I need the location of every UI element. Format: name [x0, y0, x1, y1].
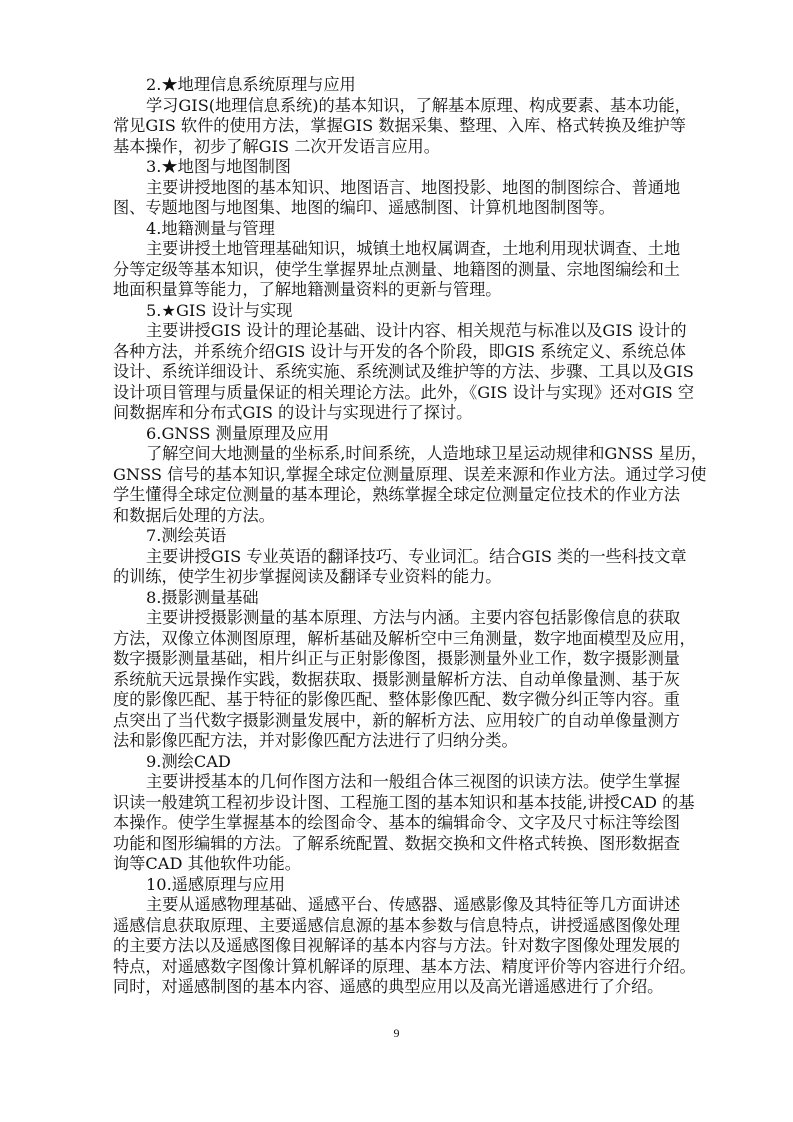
section-gis-principles: 2.★地理信息系统原理与应用 学习GIS(地理信息系统)的基本知识，了解基本原理… [113, 75, 680, 157]
paragraph-line: 学习GIS(地理信息系统)的基本知识，了解基本原理、构成要素、基本功能， [113, 96, 680, 117]
paragraph-line: 遥感信息获取原理、主要遥感信息源的基本参数与信息特点，讲授遥感图像处理 [113, 916, 680, 937]
paragraph-line: 和数据后处理的方法。 [113, 506, 680, 527]
section-heading: 4.地籍测量与管理 [113, 219, 680, 240]
paragraph-line: 了解空间大地测量的坐标系,时间系统，人造地球卫星运动规律和GNSS 星历， [113, 444, 680, 465]
paragraph-line: 主要讲授GIS 设计的理论基础、设计内容、相关规范与标准以及GIS 设计的 [113, 321, 680, 342]
section-heading: 3.★地图与地图制图 [113, 157, 680, 178]
section-heading: 2.★地理信息系统原理与应用 [113, 75, 680, 96]
paragraph-line: 图、专题地图与地图集、地图的编印、遥感制图、计算机地图制图等。 [113, 198, 680, 219]
paragraph-line: 间数据库和分布式GIS 的设计与实现进行了探讨。 [113, 403, 680, 424]
section-cartography: 3.★地图与地图制图 主要讲授地图的基本知识、地图语言、地图投影、地图的制图综合… [113, 157, 680, 219]
paragraph-line: 主要讲授摄影测量的基本原理、方法与内涵。主要内容包括影像信息的获取 [113, 608, 680, 629]
page-number: 9 [0, 1026, 793, 1041]
paragraph-line: 本操作。使学生掌握基本的绘图命令、基本的编辑命令、文字及尺寸标注等绘图 [113, 813, 680, 834]
paragraph-line: 基本操作，初步了解GIS 二次开发语言应用。 [113, 137, 680, 158]
paragraph-line: 的主要方法以及遥感图像目视解译的基本内容与方法。针对数字图像处理发展的 [113, 936, 680, 957]
section-photogrammetry: 8.摄影测量基础 主要讲授摄影测量的基本原理、方法与内涵。主要内容包括影像信息的… [113, 588, 680, 752]
paragraph-line: 学生懂得全球定位测量的基本理论，熟练掌握全球定位测量定位技术的作业方法 [113, 485, 680, 506]
paragraph-line: 主要讲授基本的几何作图方法和一般组合体三视图的识读方法。使学生掌握 [113, 772, 680, 793]
paragraph-line: 地面积量算等能力，了解地籍测量资料的更新与管理。 [113, 280, 680, 301]
section-gis-design: 5.★GIS 设计与实现 主要讲授GIS 设计的理论基础、设计内容、相关规范与标… [113, 301, 680, 424]
paragraph-line: 主要从遥感物理基础、遥感平台、传感器、遥感影像及其特征等几方面讲述 [113, 895, 680, 916]
section-heading: 8.摄影测量基础 [113, 588, 680, 609]
paragraph-line: 询等CAD 其他软件功能。 [113, 854, 680, 875]
section-heading: 5.★GIS 设计与实现 [113, 301, 680, 322]
paragraph-line: 的训练，使学生初步掌握阅读及翻译专业资料的能力。 [113, 567, 680, 588]
section-heading: 9.测绘CAD [113, 752, 680, 773]
paragraph-line: 各种方法，并系统介绍GIS 设计与开发的各个阶段，即GIS 系统定义、系统总体 [113, 342, 680, 363]
paragraph-line: 识读一般建筑工程初步设计图、工程施工图的基本知识和基本技能,讲授CAD 的基 [113, 793, 680, 814]
paragraph-line: 设计、系统详细设计、系统实施、系统测试及维护等的方法、步骤、工具以及GIS [113, 362, 680, 383]
section-surveying-english: 7.测绘英语 主要讲授GIS 专业英语的翻译技巧、专业词汇。结合GIS 类的一些… [113, 526, 680, 588]
section-heading: 7.测绘英语 [113, 526, 680, 547]
paragraph-line: 常见GIS 软件的使用方法，掌握GIS 数据采集、整理、入库、格式转换及维护等 [113, 116, 680, 137]
paragraph-line: 特点，对遥感数字图像计算机解译的原理、基本方法、精度评价等内容进行介绍。 [113, 957, 680, 978]
paragraph-line: 主要讲授GIS 专业英语的翻译技巧、专业词汇。结合GIS 类的一些科技文章 [113, 547, 680, 568]
paragraph-line: 方法，双像立体测图原理，解析基础及解析空中三角测量，数字地面模型及应用， [113, 629, 680, 650]
paragraph-line: 度的影像匹配、基于特征的影像匹配、整体影像匹配、数字微分纠正等内容。重 [113, 690, 680, 711]
paragraph-line: 同时，对遥感制图的基本内容、遥感的典型应用以及高光谱遥感进行了介绍。 [113, 977, 680, 998]
paragraph-line: 系统航天远景操作实践，数据获取、摄影测量解析方法、自动单像量测、基于灰 [113, 670, 680, 691]
paragraph-line: 法和影像匹配方法，并对影像匹配方法进行了归纳分类。 [113, 731, 680, 752]
paragraph-line: 数字摄影测量基础，相片纠正与正射影像图，摄影测量外业工作，数字摄影测量 [113, 649, 680, 670]
paragraph-line: 点突出了当代数字摄影测量发展中，新的解析方法、应用较广的自动单像量测方 [113, 711, 680, 732]
paragraph-line: 设计项目管理与质量保证的相关理论方法。此外，《GIS 设计与实现》还对GIS 空 [113, 383, 680, 404]
paragraph-line: 主要讲授地图的基本知识、地图语言、地图投影、地图的制图综合、普通地 [113, 178, 680, 199]
section-heading: 10.遥感原理与应用 [113, 875, 680, 896]
section-heading: 6.GNSS 测量原理及应用 [113, 424, 680, 445]
section-gnss: 6.GNSS 测量原理及应用 了解空间大地测量的坐标系,时间系统，人造地球卫星运… [113, 424, 680, 527]
paragraph-line: 功能和图形编辑的方法。了解系统配置、数据交换和文件格式转换、图形数据查 [113, 834, 680, 855]
paragraph-line: 分等定级等基本知识，使学生掌握界址点测量、地籍图的测量、宗地图编绘和土 [113, 260, 680, 281]
section-surveying-cad: 9.测绘CAD 主要讲授基本的几何作图方法和一般组合体三视图的识读方法。使学生掌… [113, 752, 680, 875]
section-remote-sensing: 10.遥感原理与应用 主要从遥感物理基础、遥感平台、传感器、遥感影像及其特征等几… [113, 875, 680, 998]
section-cadastral-survey: 4.地籍测量与管理 主要讲授土地管理基础知识，城镇土地权属调查，土地利用现状调查… [113, 219, 680, 301]
document-body: 2.★地理信息系统原理与应用 学习GIS(地理信息系统)的基本知识，了解基本原理… [113, 75, 680, 998]
paragraph-line: 主要讲授土地管理基础知识，城镇土地权属调查，土地利用现状调查、土地 [113, 239, 680, 260]
paragraph-line: GNSS 信号的基本知识,掌握全球定位测量原理、误差来源和作业方法。通过学习使 [113, 465, 680, 486]
